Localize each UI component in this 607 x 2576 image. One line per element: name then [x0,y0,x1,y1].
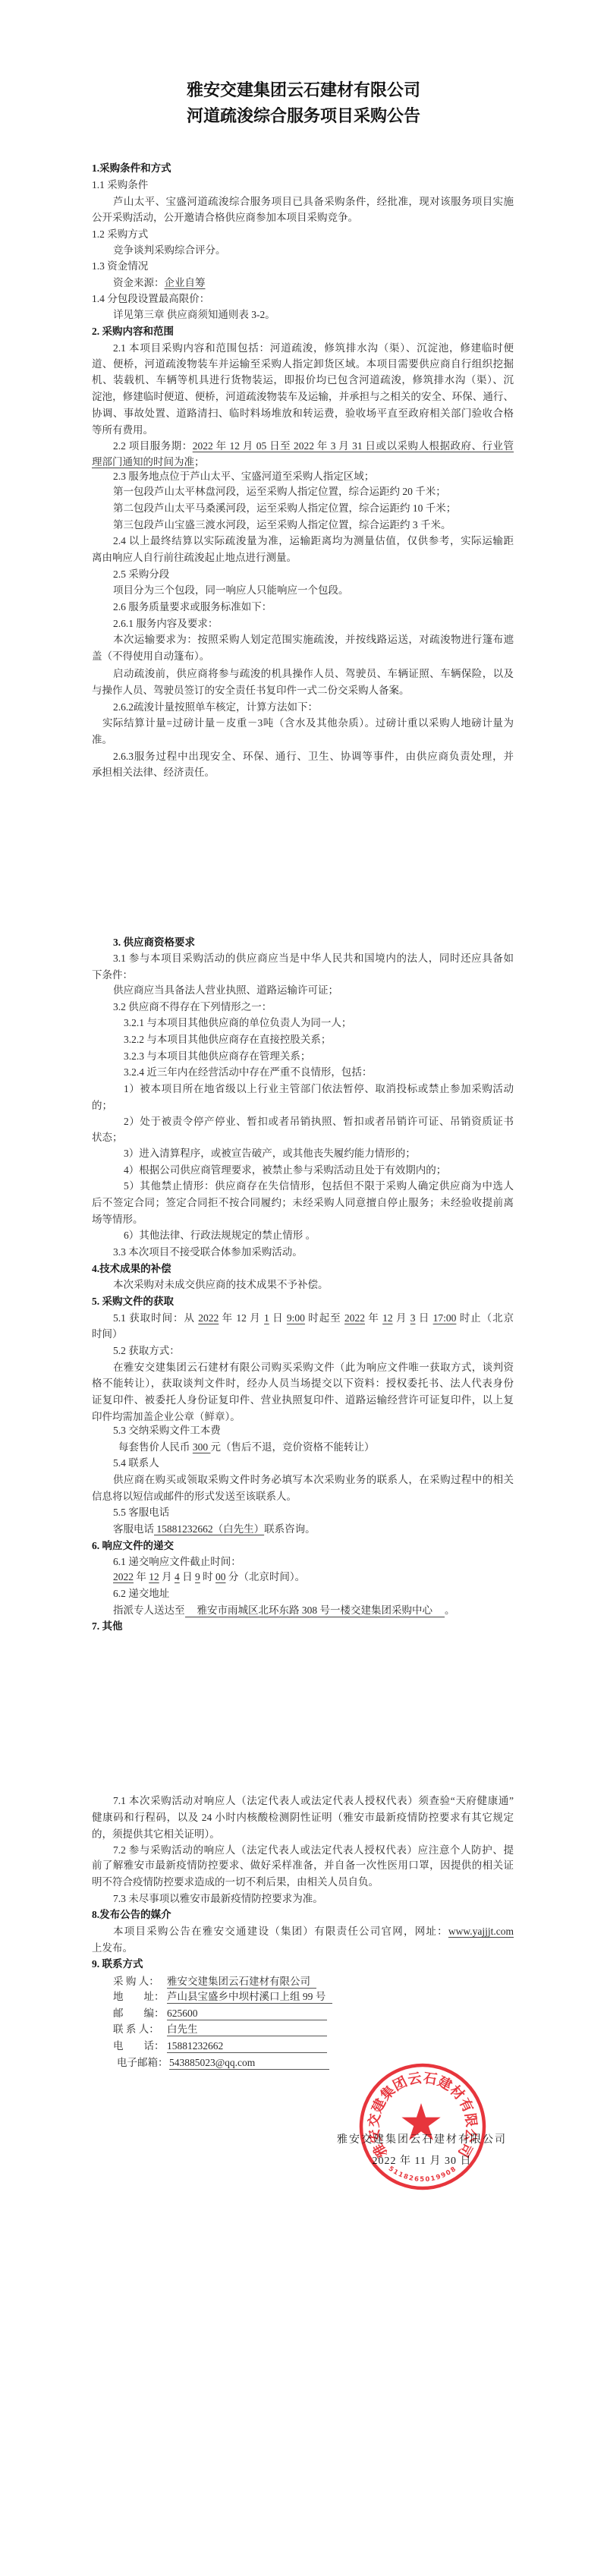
paragraph-line: 离由响应人自行前往疏浚起止地点进行测量。 [92,550,514,566]
deadline-month: 12 [149,1571,159,1582]
section-heading-6: 6. 响应文件的递交 [92,1538,514,1554]
text: 指派专人送达至 [113,1604,185,1616]
text: 年 12 月 [219,1312,264,1324]
list-item: 5）其他禁止情形：供应商存在失信情形，包括但不限于采购人确定供应商为中选人 [92,1178,514,1195]
list-item: 4）根据公司供应商管理要求，被禁止参与采购活动且处于有效期内的； [92,1162,514,1179]
funding-source-value: 企业自筹 [165,277,206,288]
funding-source-line: 资金来源：企业自筹 [92,275,514,291]
seal-star-icon [401,2103,440,2140]
paragraph-line: 承担相关法律、经济责任。 [92,764,514,781]
hotline-line: 客服电话 15881232662（白先生）联系咨询。 [92,1521,514,1538]
paragraph-line: 证复印件、被委托人身份证复印件、营业执照复印件、道路运输经营许可证复印件，以上复 [92,1392,514,1409]
paragraph-line: 在雅安交建集团云石建材有限公司购买采购文件（此为响应文件唯一获取方式，谈判资 [92,1359,514,1376]
paragraph-line: 5.4 联系人 [92,1455,514,1472]
delivery-address-line: 指派专人送达至雅安市雨城区北环东路 308 号一楼交建集团采购中心。 [92,1602,514,1619]
deadline-line: 2022 年 12 月 4 日 9 时 00 分（北京时间）。 [92,1569,514,1586]
end-year: 2022 [344,1312,365,1324]
deadline-hour: 9 [195,1571,200,1582]
text: 年 [365,1312,382,1324]
list-item: 3）进入清算程序，或被宣告破产，或其他丧失履约能力情形的； [92,1145,514,1162]
funding-source-label: 资金来源： [113,277,165,288]
section-heading-3: 3. 供应商资格要求 [92,934,514,951]
section-heading-4: 4.技术成果的补偿 [92,1261,514,1277]
paragraph-line: 2.3 服务地点位于芦山太平、宝盛河道至采购人指定区域； [92,468,514,485]
paragraph-line: 公开采购活动，公开邀请合格供应商参加本项目采购竞争。 [92,209,514,226]
paragraph-line: 供应商应当具备法人营业执照、道路运输许可证； [92,982,514,999]
start-year: 2022 [198,1312,219,1324]
paragraph-line: 明不符合疫情防控要求造成的一切不利后果，由相关人员自负。 [92,1874,514,1891]
text: 客服电话 [113,1523,154,1535]
website-url: www.yajjjt.com [448,1926,514,1937]
paragraph-line: 2.1 本项目采购内容和范围包括：河道疏浚，修筑排水沟（渠）、沉淀池，修建临时便 [92,340,514,357]
list-item: 1）被本项目所在地省级以上行业主管部门依法暂停、取消投标或禁止参加采购活动 [92,1081,514,1097]
paragraph-line: 状态； [92,1129,514,1146]
paragraph-line: 6.2 递交地址 [92,1586,514,1602]
text: 年 [134,1571,149,1582]
list-item: 3.2.4 近三年内在经营活动中存在严重不良情形，包括： [92,1064,514,1081]
contact-row-postcode: 邮 编：625600 [92,2004,535,2021]
delivery-address-value: 雅安市雨城区北环东路 308 号一楼交建集团采购中心 [185,1604,445,1617]
text: 日 [415,1312,432,1324]
paragraph-line: 协调、事故处置、道路清扫、临时料场堆放和转运费，验收场平直至政府相关部门验收合格 [92,405,514,422]
end-time: 17:00 [433,1312,457,1324]
paragraph-line: 2.6.3服务过程中出现安全、环保、通行、卫生、协调等事件，由供应商负责处理，并 [92,748,514,765]
contact-label: 电子邮箱： [117,2055,169,2071]
paragraph-line: 场等情形。 [92,1211,514,1228]
document-fee-line: 每套售价人民币 300 元（售后不退，竞价资格不能转让） [92,1439,514,1456]
paragraph-line: 下条件： [92,967,514,984]
section-heading-5: 5. 采购文件的获取 [92,1293,514,1310]
paragraph-line: 详见第三章 供应商须知通则表 3-2。 [92,307,514,323]
contact-row-purchaser: 采 购 人：雅安交建集团云石建材有限公司 [92,1973,535,1989]
section-heading-8: 8.发布公告的媒介 [92,1907,514,1923]
document-fee-value: 300 [193,1441,211,1453]
paragraph-line: 1.3 资金情况 [92,258,514,275]
section-heading-1: 1.采购条件和方式 [92,160,514,177]
list-item: 3.2.3 与本项目其他供应商存在管理关系； [92,1048,514,1065]
seal-code-text: 5118265019908 [387,2165,458,2184]
contact-row-phone: 电 话：15881232662 [92,2037,535,2054]
paragraph-line: 2.5 采购分段 [92,566,514,583]
text: 时止（北京 [456,1312,514,1324]
paragraph-line: 项目分为三个包段，同一响应人只能响应一个包段。 [92,582,514,599]
text: 5.1 获取时间：从 [113,1312,198,1324]
paragraph-line: 与操作人员、驾驶员签订的安全责任书复印件一式二份交采购人备案。 [92,682,514,699]
paragraph-line: 7.3 未尽事项以雅安市最新疫情防控要求为准。 [92,1891,514,1907]
paragraph-line: 格不能转让），获取谈判文件时，经办人员当场提交以下资料：授权委托书、法人代表身份 [92,1375,514,1392]
paragraph-line: 前了解雅安市最新疫情防控要求、做好采样准备，并自备一次性医用口罩，因提供的相关证 [92,1857,514,1874]
paragraph-line: 的，须提供其它相关证明）。 [92,1826,514,1843]
section-heading-9: 9. 联系方式 [92,1956,514,1973]
paragraph-line: 1.4 分包段设置最高限价： [92,291,514,307]
list-item: 3.2.1 与本项目其他供应商的单位负责人为同一人； [92,1015,514,1031]
paragraph-line: 道、便桥，河道疏浚物装车并运输至采购人指定卸货区域。本项目需要供应商自行组织挖掘 [92,356,514,373]
text: 每套售价人民币 [118,1441,193,1453]
text: 。 [445,1604,455,1616]
service-period-value-cont: 理部门通知的时间为准 [92,456,194,468]
deadline-day: 4 [175,1571,180,1582]
text: 分（北京时间）。 [226,1571,306,1582]
lot-3-line: 第三包段芦山宝盛三渡水河段，运至采购人指定位置，综合运距约 3 千米。 [92,517,514,534]
text: 日 [180,1571,195,1582]
paragraph-line: 2.6.2疏浚计量按照单车核定，计算方法如下： [92,699,514,716]
contact-value: 543885023@qq.com [169,2056,329,2070]
paragraph-line: 1.1 采购条件 [92,177,514,194]
contact-value: 625600 [167,2007,327,2020]
announcement-page: 雅安交建集团云石建材有限公司 河道疏浚综合服务项目采购公告 1.采购条件和方式 … [0,0,607,2576]
paragraph-line: 7.1 本次采购活动对响应人（法定代表人或法定代表人授权代表）须查验“天府健康通… [92,1793,514,1809]
paragraph-line: 机、装载机、车辆等机具进行货物装运，即报价均已包含河道疏浚，修筑排水沟（渠）、沉 [92,372,514,389]
paragraph-line: 时间） [92,1326,514,1343]
company-seal-icon: 雅安交建集团云石建材有限公司 5118265019908 [356,2060,489,2193]
lot-1-line: 第一包段芦山太平林盘河段，运至采购人指定位置，综合运距约 20 千米； [92,483,514,500]
service-period-value: 2022 年 12 月 05 日至 2022 年 3 月 31 日或以采购人根据… [193,440,514,452]
start-day: 1 [264,1312,269,1324]
section-heading-2: 2. 采购内容和范围 [92,323,514,340]
contact-value: 白先生 [167,2023,327,2036]
deadline-minute: 00 [215,1571,226,1582]
service-period-line: 2.2 项目服务期：2022 年 12 月 05 日至 2022 年 3 月 3… [92,438,514,455]
text: 元（售后不退，竞价资格不能转让） [211,1441,375,1453]
contact-value: 15881232662 [167,2039,327,2053]
paragraph-line: 3.3 本次项目不接受联合体参加采购活动。 [92,1244,514,1261]
list-item: 6）其他法律、行政法规规定的禁止情形 。 [92,1227,514,1244]
list-item: 3.2.2 与本项目其他供应商存在直接控股关系； [92,1031,514,1048]
paragraph-line: 信息将以短信或邮件的形式发送至该联系人。 [92,1488,514,1505]
paragraph-line: 6.1 递交响应文件截止时间： [92,1554,514,1570]
contact-value: 芦山县宝盛乡中坝村溪口上组 99 号 [167,1990,332,2004]
paragraph-line: 健康码和行程码，以及 24 小时内核酸检测阴性证明（雅安市最新疫情防控要求有其它… [92,1809,514,1826]
text: 月 [159,1571,175,1582]
text: 日 [269,1312,287,1324]
end-month: 12 [382,1312,393,1324]
text: 联系咨询。 [264,1523,316,1535]
paragraph-line: 启动疏浚前，供应商将参与疏浚的机具操作人员、驾驶员、车辆证照、车辆保险，以及 [92,666,514,682]
contact-label: 联 系 人： [113,2021,167,2038]
paragraph-line: 的； [92,1097,514,1114]
hotline-number: 15881232662（白先生） [154,1523,264,1535]
deadline-year: 2022 [113,1571,134,1582]
paragraph-line: 上发布。 [92,1940,514,1957]
paragraph-line: 后不签定合同；签定合同拒不按合同履约；未经采购人同意擅自停止服务；未经验收提前离 [92,1195,514,1211]
paragraph-line: 准。 [92,732,514,748]
paragraph-line: 1.2 采购方式 [92,226,514,243]
paragraph-line: 本次采购对未成交供应商的技术成果不予补偿。 [92,1277,514,1293]
text: 本项目采购公告在雅安交通建设（集团）有限责任公司官网，网址： [113,1926,448,1937]
contact-label: 电 话： [113,2038,167,2055]
paragraph-line: 2.6 服务质量要求或服务标准如下： [92,599,514,616]
contact-row-person: 联 系 人：白先生 [92,2020,535,2037]
paragraph-line: 3.1 参与本项目采购活动的供应商应当是中华人民共和国境内的法人，同时还应具备如 [92,950,514,967]
lot-2-line: 第二包段芦山太平马桑溪河段，运至采购人指定位置，综合运距约 10 千米； [92,500,514,517]
paragraph-line: 3.2 供应商不得存在下列情形之一： [92,999,514,1016]
contact-label: 邮 编： [113,2005,167,2022]
contact-label: 地 址： [113,1989,167,2005]
punctuation: ； [194,456,205,468]
paragraph-line: 5.2 获取方式： [92,1343,514,1359]
text: 时 [200,1571,215,1582]
paragraph-line: 2.6.1 服务内容及要求： [92,616,514,632]
paragraph-line: 供应商在购买或领取采购文件时务必填写本次采购业务的联系人，在采购过程中的相关 [92,1472,514,1488]
paragraph-line: 等所有费用。 [92,422,514,439]
contact-value: 雅安交建集团云石建材有限公司 [167,1975,316,1989]
website-line: 本项目采购公告在雅安交通建设（集团）有限责任公司官网，网址：www.yajjjt… [92,1923,514,1940]
formula-line: 实际结算计量=过磅计量－皮重－3吨（含水及其他杂质）。过磅计重以采购人地磅计量为 [92,715,514,732]
text: 时起至 [305,1312,344,1324]
paragraph-line: 盖（不得使用自动篷布）。 [92,648,514,665]
start-time: 9:00 [287,1312,305,1324]
service-period-label: 2.2 项目服务期： [113,440,193,452]
list-item: 2）处于被责令停产停业、暂扣或者吊销执照、暂扣或者吊销许可证、吊销资质证书 [92,1113,514,1130]
acquisition-time-line: 5.1 获取时间：从 2022 年 12 月 1 日 9:00 时起至 2022… [92,1310,514,1327]
paragraph-line: 5.5 客服电话 [92,1504,514,1521]
paragraph-line: 芦山太平、宝盛河道疏浚综合服务项目已具备采购条件，经批准，现对该服务项目实施 [92,194,514,210]
paragraph-line: 2.4 以上最终结算以实际疏浚量为准，运输距离均为测量估值，仅供参考，实际运输距 [92,533,514,550]
section-heading-7: 7. 其他 [92,1618,514,1635]
paragraph-line: 淀池，修建临时便道、便桥，河道疏浚物装车及运输，并承担与之相关的安全、环保、通行… [92,389,514,405]
paragraph-line: 竞争谈判采购综合评分。 [92,242,514,259]
paragraph-line: 本次运输要求为：按照采购人划定范围实施疏浚，并按线路运送，对疏浚物进行篷布遮 [92,631,514,648]
paragraph-line: 5.3 交纳采购文件工本费 [92,1422,514,1439]
seal-code-text-path: 5118265019908 [387,2165,458,2184]
contact-row-address: 地 址：芦山县宝盛乡中坝村溪口上组 99 号 [92,1988,535,2004]
paragraph-line: 7.2 参与采购活动的响应人（法定代表人或法定代表人授权代表）应注意个人防护、提 [92,1842,514,1859]
text: 月 [393,1312,410,1324]
